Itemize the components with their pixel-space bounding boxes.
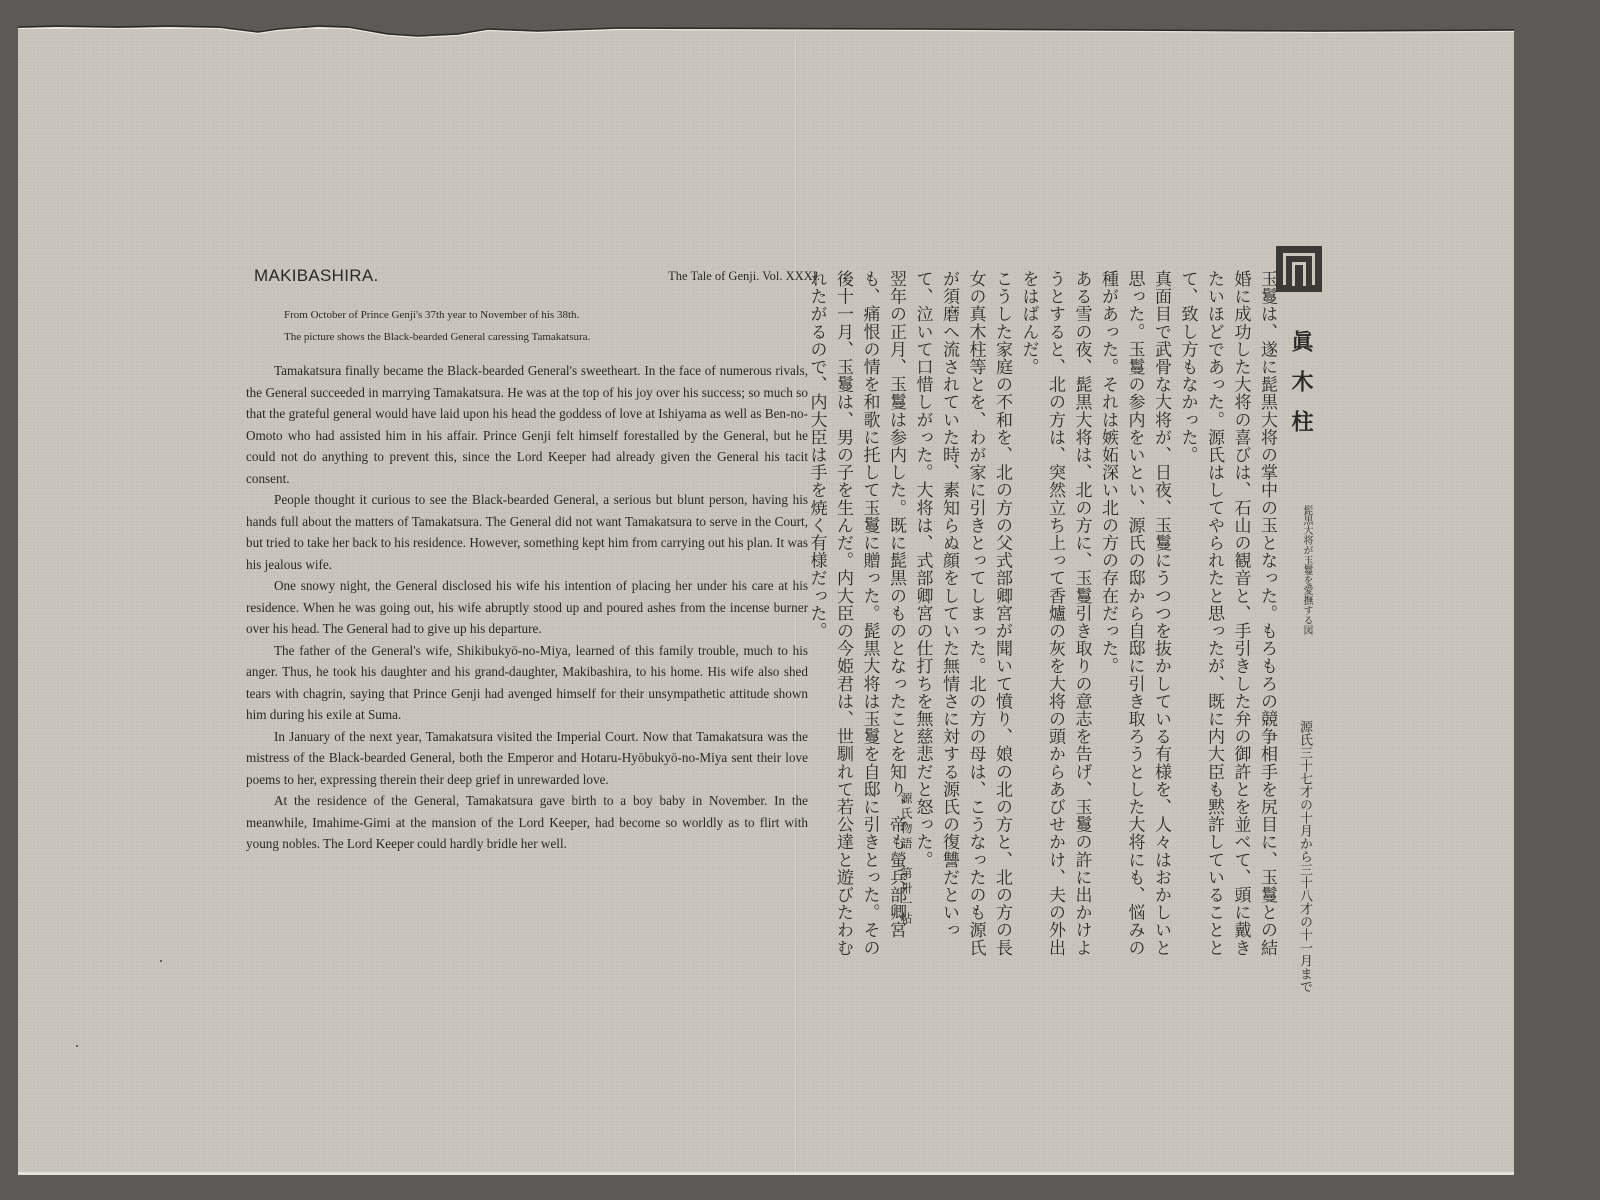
paper-speck: [160, 960, 162, 962]
english-paragraph: The father of the General's wife, Shikib…: [246, 640, 808, 726]
japanese-source: 源氏物語 第卅一帖: [898, 792, 915, 927]
english-paragraph: People thought it curious to see the Bla…: [246, 489, 808, 575]
english-paragraph: One snowy night, the General disclosed h…: [246, 575, 808, 640]
paper-bottom-edge: [18, 1172, 1514, 1175]
paper-speck: [76, 1045, 78, 1047]
japanese-paragraph: 翌年の正月、玉鬘は参内した。既に髭黒のものとなったことを知り、帝も螢兵部卿宮も、…: [803, 270, 909, 970]
japanese-paragraph: 真面目で武骨な大将が、日夜、玉鬘にうつつを抜かしている有様を、人々はおかしいと思…: [1095, 270, 1175, 970]
torn-top-edge: [18, 22, 1514, 48]
subtitle-line: The picture shows the Black-bearded Gene…: [284, 326, 590, 348]
japanese-title: 眞木柱: [1286, 330, 1317, 450]
genji-mon-crest-icon: [1276, 246, 1322, 292]
subtitle-line: From October of Prince Genji's 37th year…: [284, 304, 590, 326]
japanese-body: 玉鬘は、遂に髭黒大将の掌中の玉となった。もろもろの競争相手を尻目に、玉鬘との結婚…: [888, 270, 1280, 970]
volume-label: The Tale of Genji. Vol. XXXI.: [668, 269, 820, 284]
english-paragraph: Tamakatsura finally became the Black-bea…: [246, 360, 808, 489]
japanese-paragraph: こうした家庭の不和を、北の方の父式部卿宮が聞いて憤り、娘の北の方と、北の方の長女…: [909, 270, 1015, 970]
japanese-caption: 髭黒大将が玉鬘を愛撫する図: [1300, 505, 1313, 635]
japanese-period: 源氏三十七才の十月から三十八才の十一月まで: [1296, 720, 1314, 993]
japanese-paragraph: 玉鬘は、遂に髭黒大将の掌中の玉となった。もろもろの競争相手を尻目に、玉鬘との結婚…: [1174, 270, 1280, 970]
english-paragraph: At the residence of the General, Tamakat…: [246, 790, 808, 855]
english-title: MAKIBASHIRA.: [254, 266, 379, 286]
japanese-paragraph: ある雪の夜、髭黒大将は、北の方に、玉鬘引き取りの意志を告げ、玉鬘の許に出かけよう…: [1015, 270, 1095, 970]
english-body: Tamakatsura finally became the Black-bea…: [246, 360, 808, 855]
english-paragraph: In January of the next year, Tamakatsura…: [246, 726, 808, 791]
english-subtitle: From October of Prince Genji's 37th year…: [284, 304, 590, 348]
